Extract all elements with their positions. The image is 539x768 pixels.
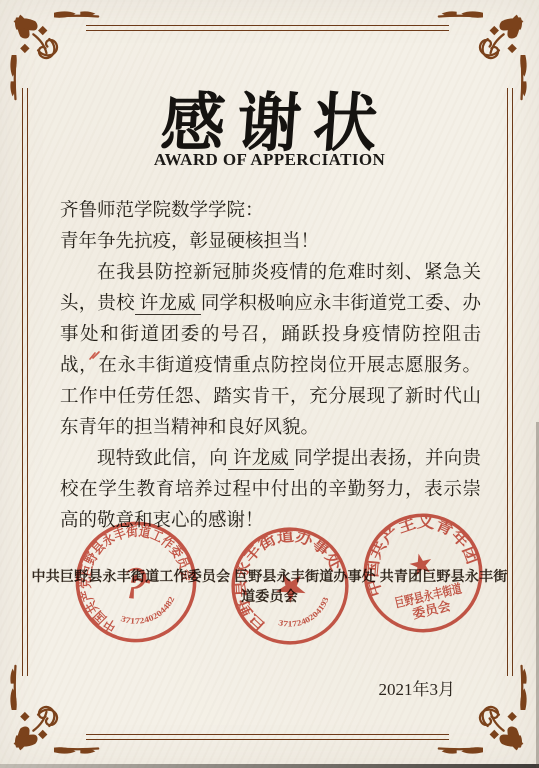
issue-date: 2021年3月 xyxy=(379,675,456,700)
scan-edge-shadow xyxy=(0,764,539,768)
border-left-line xyxy=(22,88,28,676)
paragraph-text: 同学积极响应永丰街道党工委、办事处和街道团委的号召，踊跃投身疫情防控阻击战，在永… xyxy=(60,294,481,438)
student-name-underlined: 许龙威 xyxy=(135,294,201,315)
certificate-body: 齐鲁师范学院数学学院： 青年争先抗疫，彰显硬核担当！ 在我县防控新冠肺炎疫情的危… xyxy=(60,196,481,537)
hammer-sickle-icon: ☭ xyxy=(111,555,161,610)
slogan-line: 青年争先抗疫，彰显硬核担当！ xyxy=(60,227,481,258)
body-paragraph-1: 在我县防控新冠肺炎疫情的危难时刻、紧急关头，贵校许龙威同学积极响应永丰街道党工委… xyxy=(60,258,481,444)
star-icon: ★ xyxy=(264,559,318,616)
certificate-subtitle-en: AWARD OF APPERCIATION xyxy=(0,150,539,170)
paragraph-text: 现特致此信，向 xyxy=(97,449,228,469)
ink-smudge-mark xyxy=(88,349,102,361)
border-top-line xyxy=(86,25,449,31)
certificate-page: 感谢状 AWARD OF APPERCIATION 齐鲁师范学院数学学院： 青年… xyxy=(0,0,539,768)
slogan-text: 青年争先抗疫，彰显硬核担当！ xyxy=(60,232,319,252)
corner-flourish-icon xyxy=(7,663,101,757)
student-name-underlined: 许龙威 xyxy=(228,449,294,470)
salutation-line: 齐鲁师范学院数学学院： xyxy=(60,196,481,227)
star-icon: ★ xyxy=(405,545,438,584)
border-bottom-line xyxy=(86,734,449,740)
salutation-text: 齐鲁师范学院数学学院： xyxy=(60,201,264,221)
